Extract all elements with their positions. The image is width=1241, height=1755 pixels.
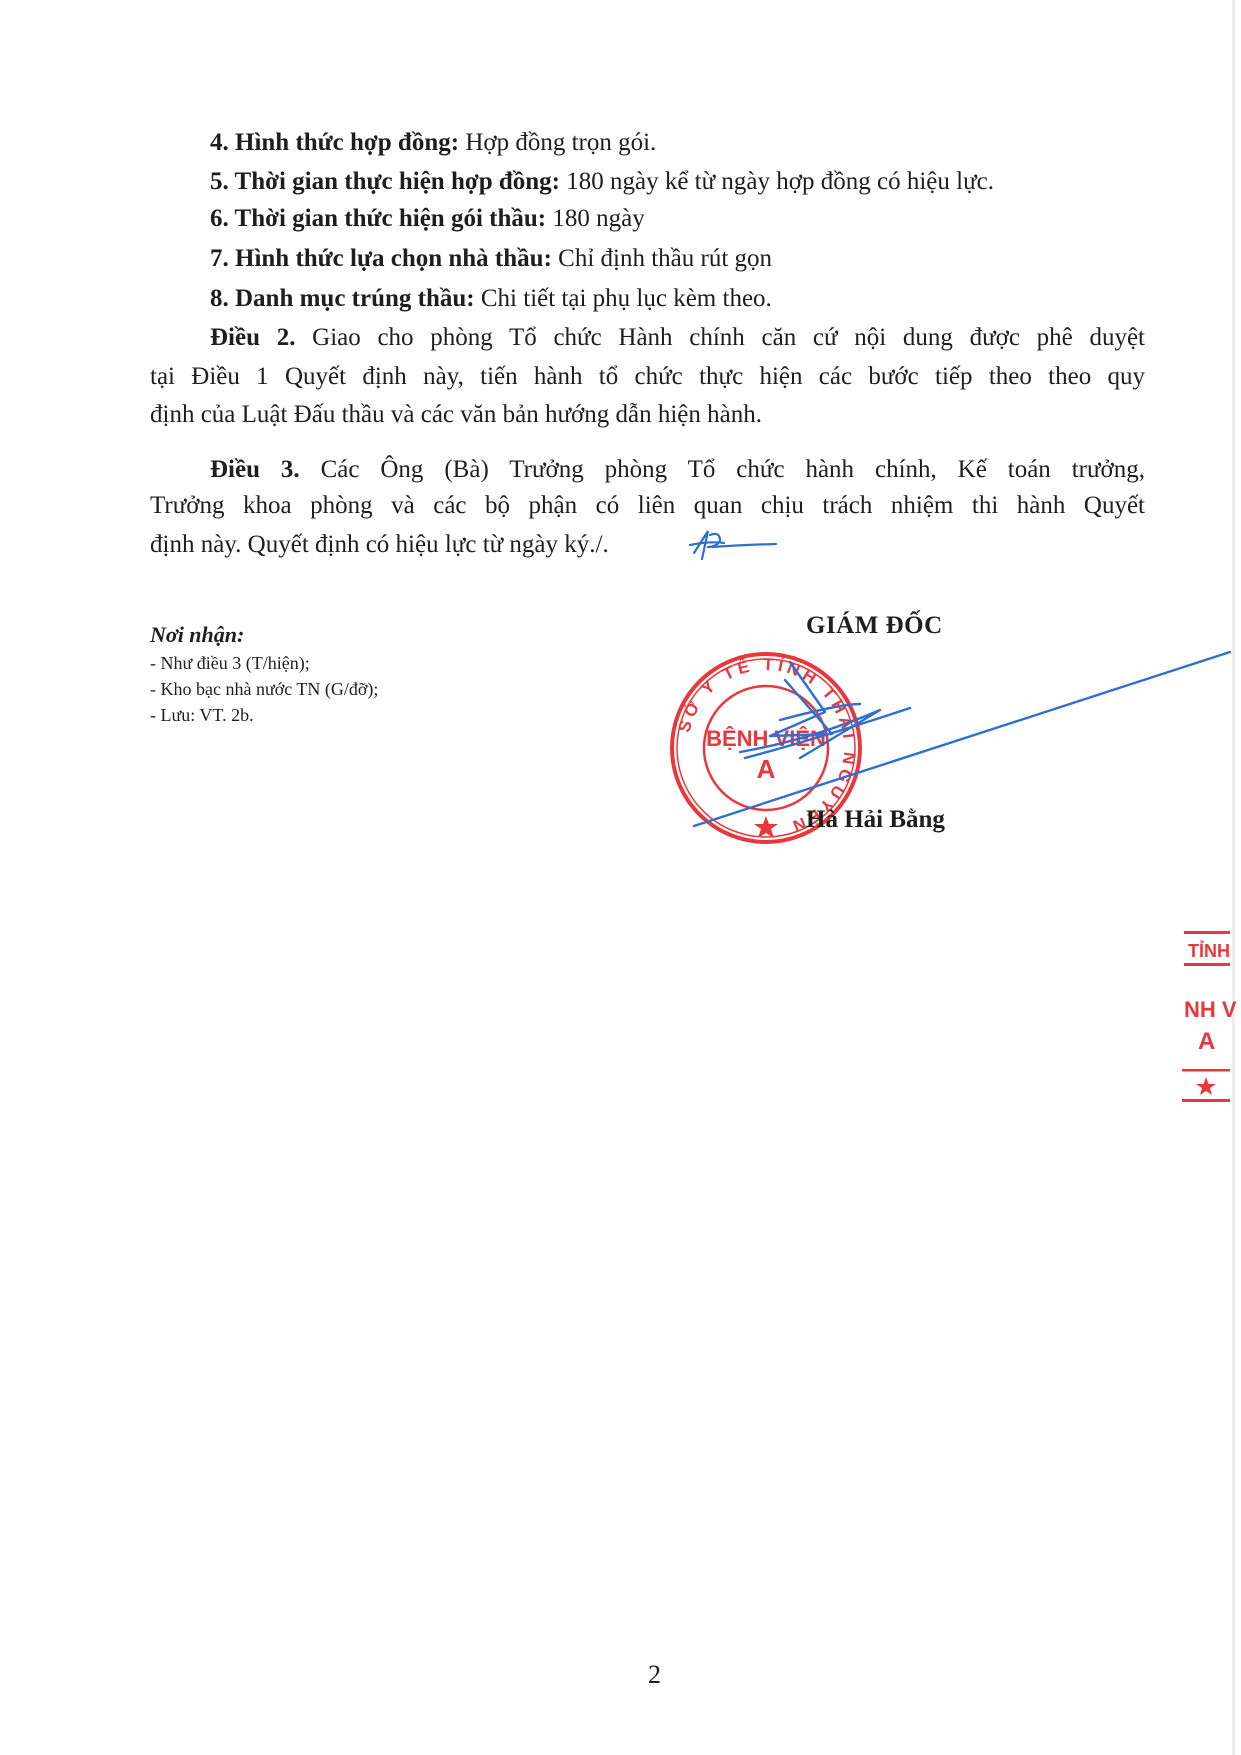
edge-seal-fragment-icon: TỈNH NH V A bbox=[1182, 925, 1232, 1115]
item-package-duration: 6. Thời gian thức hiện gói thầu: 180 ngà… bbox=[210, 204, 645, 234]
signer-name: Hà Hải Bằng bbox=[806, 806, 945, 834]
item-label: 8. Danh mục trúng thầu: bbox=[210, 285, 475, 312]
signature-mark-icon bbox=[690, 640, 1240, 840]
article-2-label: Điều 2. bbox=[210, 324, 295, 351]
article-2-line-3: định của Luật Đấu thầu và các văn bản hư… bbox=[150, 400, 762, 430]
scan-page-edge bbox=[1232, 0, 1235, 1755]
article-3-label: Điều 3. bbox=[210, 456, 300, 483]
article-3-line-3: định này. Quyết định có hiệu lực từ ngày… bbox=[150, 530, 609, 560]
item-value: Hợp đồng trọn gói. bbox=[459, 129, 656, 156]
article-2-line-2: tại Điều 1 Quyết định này, tiến hành tổ … bbox=[150, 362, 1145, 392]
recipients-title: Nơi nhận: bbox=[150, 622, 244, 648]
initials-mark-icon bbox=[690, 525, 780, 565]
item-label: 6. Thời gian thức hiện gói thầu: bbox=[210, 205, 546, 232]
article-3-line-2: Trưởng khoa phòng và các bộ phận có liên… bbox=[150, 491, 1145, 521]
signer-title: GIÁM ĐỐC bbox=[806, 612, 943, 640]
recipients-list: - Như điều 3 (T/hiện); - Kho bạc nhà nướ… bbox=[150, 650, 378, 728]
item-label: 7. Hình thức lựa chọn nhà thầu: bbox=[210, 245, 552, 272]
item-contract-form: 4. Hình thức hợp đồng: Hợp đồng trọn gói… bbox=[210, 128, 656, 158]
item-contract-duration: 5. Thời gian thực hiện hợp đồng: 180 ngà… bbox=[210, 167, 994, 197]
edge-seal-text-3: A bbox=[1198, 1028, 1215, 1055]
article-3-text: Các Ông (Bà) Trưởng phòng Tổ chức hành c… bbox=[300, 456, 1145, 483]
item-label: 5. Thời gian thực hiện hợp đồng: bbox=[210, 168, 560, 195]
item-value: 180 ngày kể từ ngày hợp đồng có hiệu lực… bbox=[560, 168, 994, 195]
article-2-line-1: Điều 2. Giao cho phòng Tổ chức Hành chín… bbox=[210, 323, 1145, 353]
item-winning-list: 8. Danh mục trúng thầu: Chi tiết tại phụ… bbox=[210, 284, 772, 314]
item-label: 4. Hình thức hợp đồng: bbox=[210, 129, 459, 156]
edge-seal-text-2: NH V bbox=[1184, 997, 1237, 1022]
recipient-item: - Như điều 3 (T/hiện); bbox=[150, 650, 378, 676]
recipient-item: - Lưu: VT. 2b. bbox=[150, 702, 378, 728]
item-value: Chi tiết tại phụ lục kèm theo. bbox=[475, 285, 772, 312]
article-3-line-1: Điều 3. Các Ông (Bà) Trưởng phòng Tổ chứ… bbox=[210, 455, 1145, 485]
article-2-text: Giao cho phòng Tổ chức Hành chính căn cứ… bbox=[295, 324, 1145, 351]
item-selection-method: 7. Hình thức lựa chọn nhà thầu: Chỉ định… bbox=[210, 244, 772, 274]
recipient-item: - Kho bạc nhà nước TN (G/đỡ); bbox=[150, 676, 378, 702]
item-value: 180 ngày bbox=[546, 205, 645, 232]
edge-seal-text-1: TỈNH bbox=[1188, 940, 1230, 961]
page-number: 2 bbox=[648, 1660, 661, 1690]
item-value: Chỉ định thầu rút gọn bbox=[552, 245, 772, 272]
